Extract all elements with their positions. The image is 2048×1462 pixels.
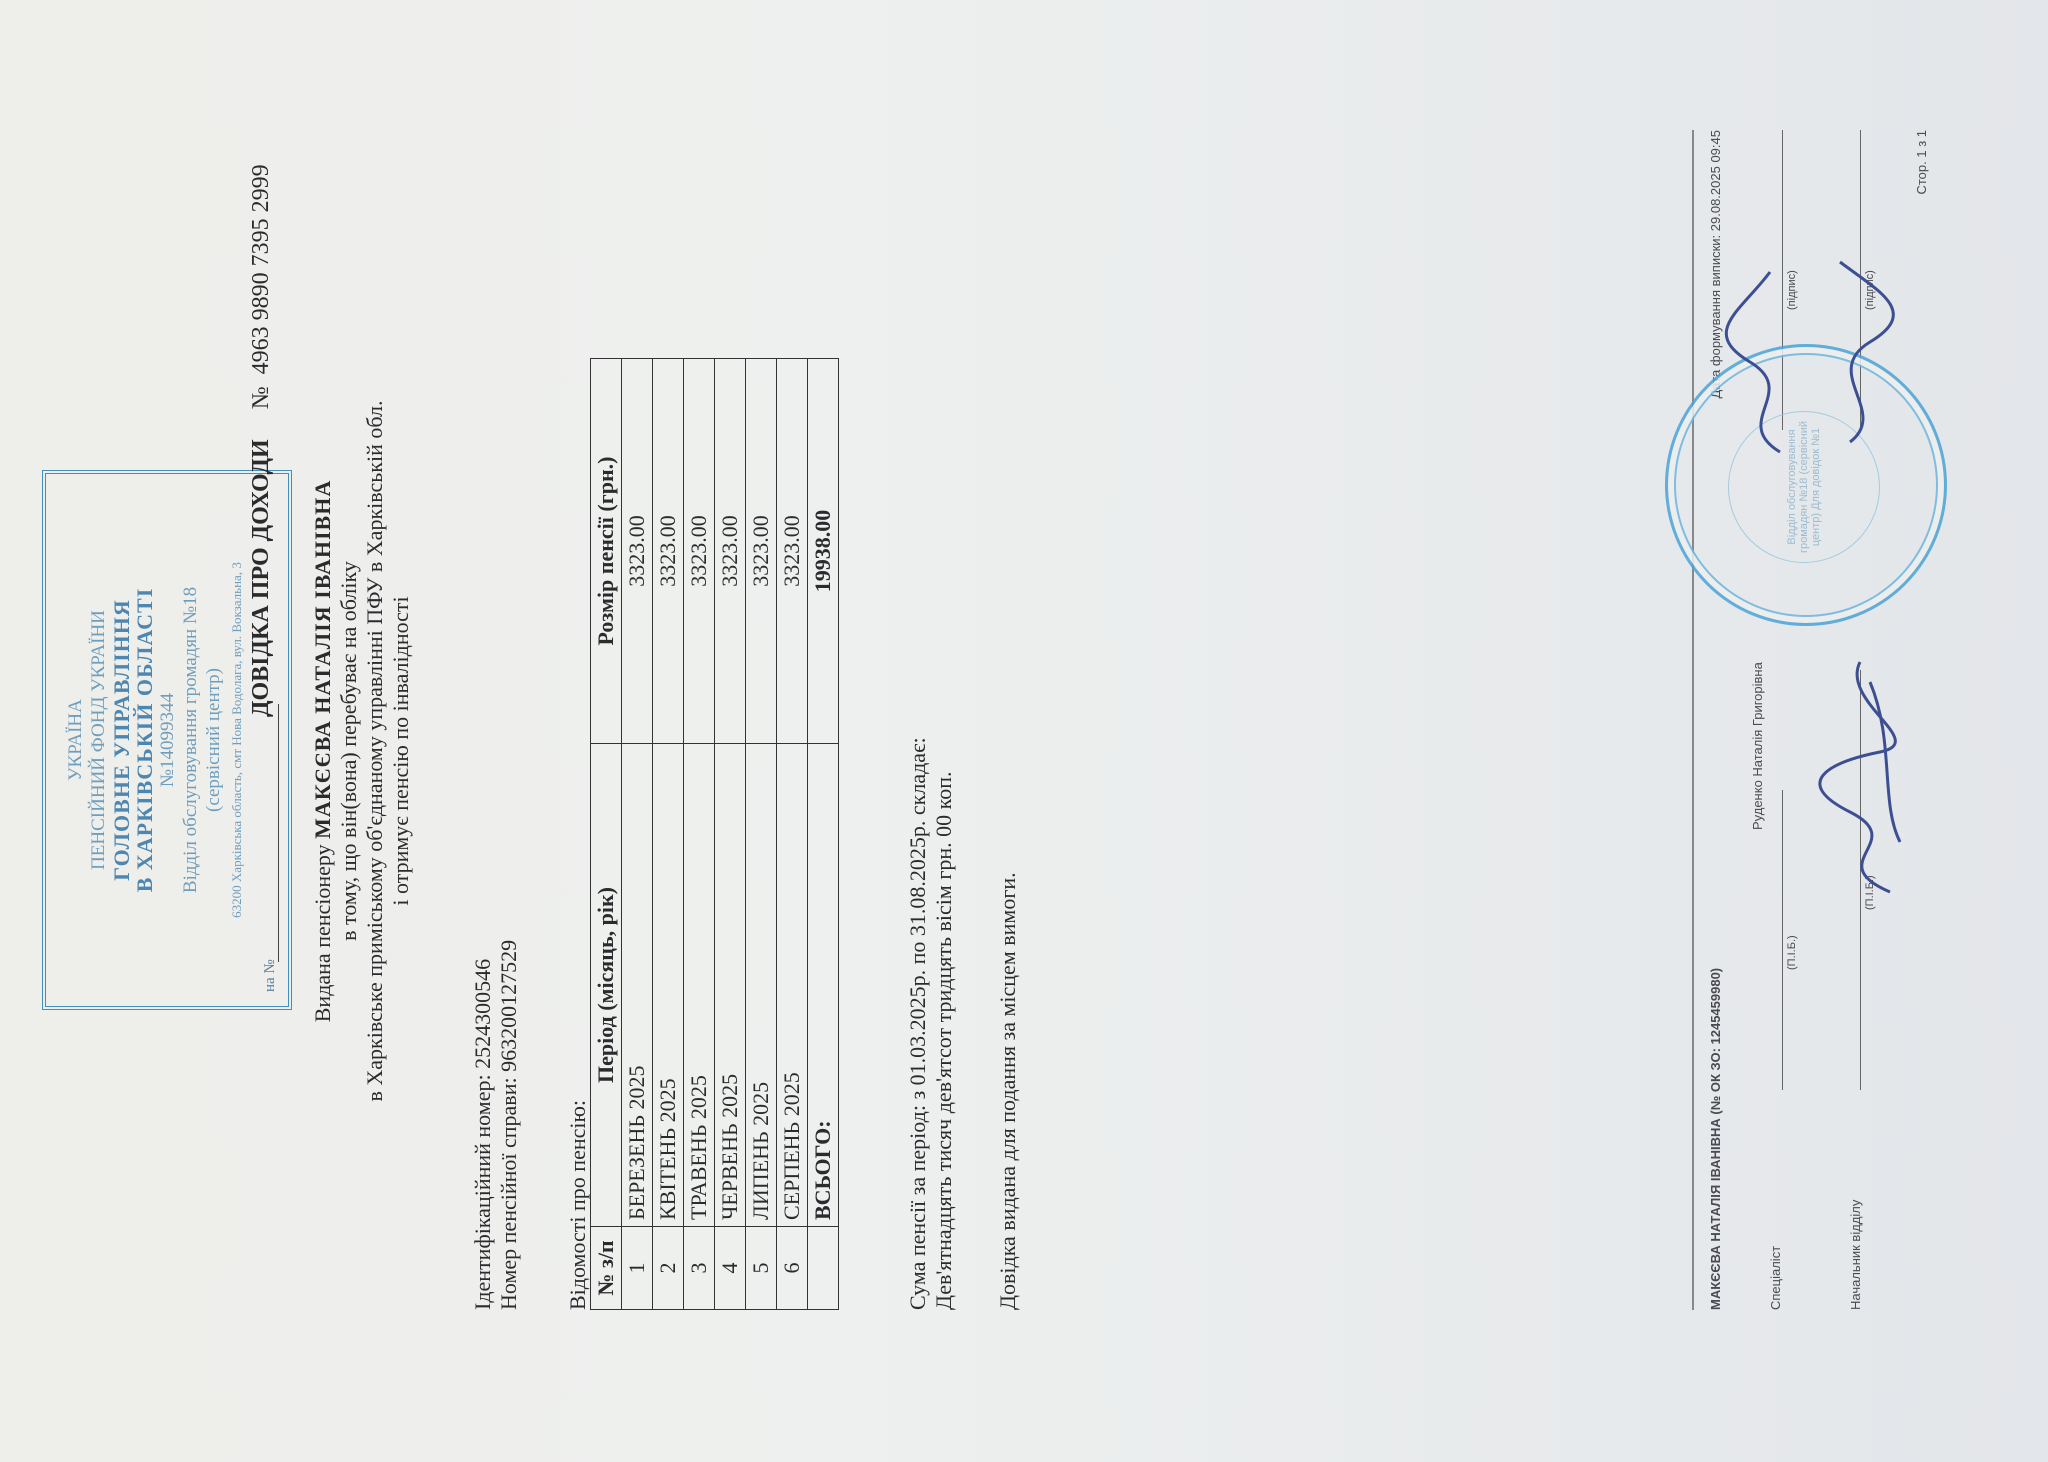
row-amount: 3323.00 <box>777 359 808 744</box>
table-row: 4ЧЕРВЕНЬ 20253323.00 <box>715 359 746 1310</box>
head-signature <box>1800 642 1920 902</box>
pensioner-name: МАКЄЄВА НАТАЛІЯ ІВАНІВНА <box>310 480 335 839</box>
intro-paragraph: Видана пенсіонеру МАКЄЄВА НАТАЛІЯ ІВАНІВ… <box>310 40 414 1462</box>
row-period: КВІТЕНЬ 2025 <box>653 744 684 1227</box>
table-row: 1БЕРЕЗЕНЬ 20253323.00 <box>622 359 653 1310</box>
document-title: ДОВІДКА ПРО ДОХОДИ <box>248 439 274 717</box>
document-title-row: ДОВІДКА ПРО ДОХОДИ № 4963 9890 7395 2999 <box>248 164 275 717</box>
reference-number-line <box>278 704 279 962</box>
row-period: БЕРЕЗЕНЬ 2025 <box>622 744 653 1227</box>
table-row: 2КВІТЕНЬ 20253323.00 <box>653 359 684 1310</box>
row-amount: 3323.00 <box>684 359 715 744</box>
case-number-value: 963200127529 <box>496 940 521 1072</box>
head-label: Начальник відділу <box>1848 1200 1863 1310</box>
stamp-address: 63200 Харківська область, смт Нова Водол… <box>225 474 248 1006</box>
stamp-region: В ХАРКІВСЬКІЙ ОБЛАСТІ <box>133 474 156 1006</box>
intro-line-4: і отримує пенсію по інвалідності <box>388 40 414 1462</box>
stamp-country: УКРАЇНА <box>64 474 87 1006</box>
row-amount: 3323.00 <box>715 359 746 744</box>
pension-info-label: Відомості про пенсію: <box>565 1100 591 1310</box>
sum-in-words: Дев'ятнадцять тисяч дев'ятсот тридцять в… <box>931 737 957 1310</box>
col-header-number: № з/п <box>591 1227 622 1310</box>
row-number: 3 <box>684 1227 715 1310</box>
table-total-row: ВСЬОГО:19938.00 <box>808 359 839 1310</box>
table-row: 3ТРАВЕНЬ 20253323.00 <box>684 359 715 1310</box>
stamp-code: №14099344 <box>156 474 179 1006</box>
specialist-name-line <box>1782 790 1783 1090</box>
total-empty-cell <box>808 1227 839 1310</box>
table-header-row: № з/п Період (місяць, рік) Розмір пенсії… <box>591 359 622 1310</box>
issued-to-label: Видана пенсіонеру <box>310 844 335 1022</box>
specialist-pib-caption: (П.І.Б.) <box>1786 935 1798 970</box>
row-number: 1 <box>622 1227 653 1310</box>
pension-income-certificate: УКРАЇНА ПЕНСІЙНИЙ ФОНД УКРАЇНИ ГОЛОВНЕ У… <box>0 0 2048 1462</box>
stamp-department: ГОЛОВНЕ УПРАВЛІННЯ <box>110 474 133 1006</box>
row-period: ЛИПЕНЬ 2025 <box>746 744 777 1227</box>
intro-line-3: в Харківське приміському об'єднаному упр… <box>362 40 388 1462</box>
row-period: СЕРПЕНЬ 2025 <box>777 744 808 1227</box>
row-amount: 3323.00 <box>622 359 653 744</box>
purpose-note: Довідка видана для подання за місцем вим… <box>995 872 1021 1310</box>
sum-statement: Сума пенсії за період: з 01.03.2025р. по… <box>905 737 957 1310</box>
footer-person: МАКЄЄВА НАТАЛІЯ ІВАНІВНА (№ ОК ЗО: 12454… <box>1708 968 1723 1310</box>
specialist-signature <box>1720 262 1810 462</box>
stamp-fund: ПЕНСІЙНИЙ ФОНД УКРАЇНИ <box>87 474 110 1006</box>
tax-id-label: Ідентифікаційний номер: <box>470 1074 495 1310</box>
identifiers: Ідентифікаційний номер: 2524300546 Номер… <box>470 940 522 1310</box>
row-number: 2 <box>653 1227 684 1310</box>
col-header-amount: Розмір пенсії (грн.) <box>591 359 622 744</box>
stamp-office-type: (сервісний центр) <box>202 474 225 1006</box>
row-number: 4 <box>715 1227 746 1310</box>
reference-number-label: на № <box>262 959 279 992</box>
document-number: 4963 9890 7395 2999 <box>248 164 274 374</box>
specialist-label: Спеціаліст <box>1768 1246 1783 1310</box>
row-number: 5 <box>746 1227 777 1310</box>
table-row: 5ЛИПЕНЬ 20253323.00 <box>746 359 777 1310</box>
total-value: 19938.00 <box>808 359 839 744</box>
row-number: 6 <box>777 1227 808 1310</box>
col-header-period: Період (місяць, рік) <box>591 744 622 1227</box>
total-label: ВСЬОГО: <box>808 744 839 1227</box>
page-indicator: Стор. 1 з 1 <box>1914 130 1929 195</box>
pension-table: № з/п Період (місяць, рік) Розмір пенсії… <box>590 358 839 1310</box>
footer: МАКЄЄВА НАТАЛІЯ ІВАНІВНА (№ ОК ЗО: 12454… <box>1692 130 1694 1310</box>
head-initials-signature <box>1810 252 1900 452</box>
row-period: ЧЕРВЕНЬ 2025 <box>715 744 746 1227</box>
sum-line-1: Сума пенсії за період: з 01.03.2025р. по… <box>905 737 931 1310</box>
case-number-label: Номер пенсійної справи: <box>496 1077 521 1310</box>
table-row: 6СЕРПЕНЬ 20253323.00 <box>777 359 808 1310</box>
row-amount: 3323.00 <box>746 359 777 744</box>
specialist-name: Руденко Наталія Григорівна <box>1750 662 1765 830</box>
stamp-office: Відділ обслуговування громадян №18 <box>179 474 202 1006</box>
row-amount: 3323.00 <box>653 359 684 744</box>
intro-line-2: в тому, що він(вона) перебуває на обліку <box>336 40 362 1462</box>
tax-id-value: 2524300546 <box>470 959 495 1069</box>
number-sign: № <box>248 386 274 409</box>
row-period: ТРАВЕНЬ 2025 <box>684 744 715 1227</box>
